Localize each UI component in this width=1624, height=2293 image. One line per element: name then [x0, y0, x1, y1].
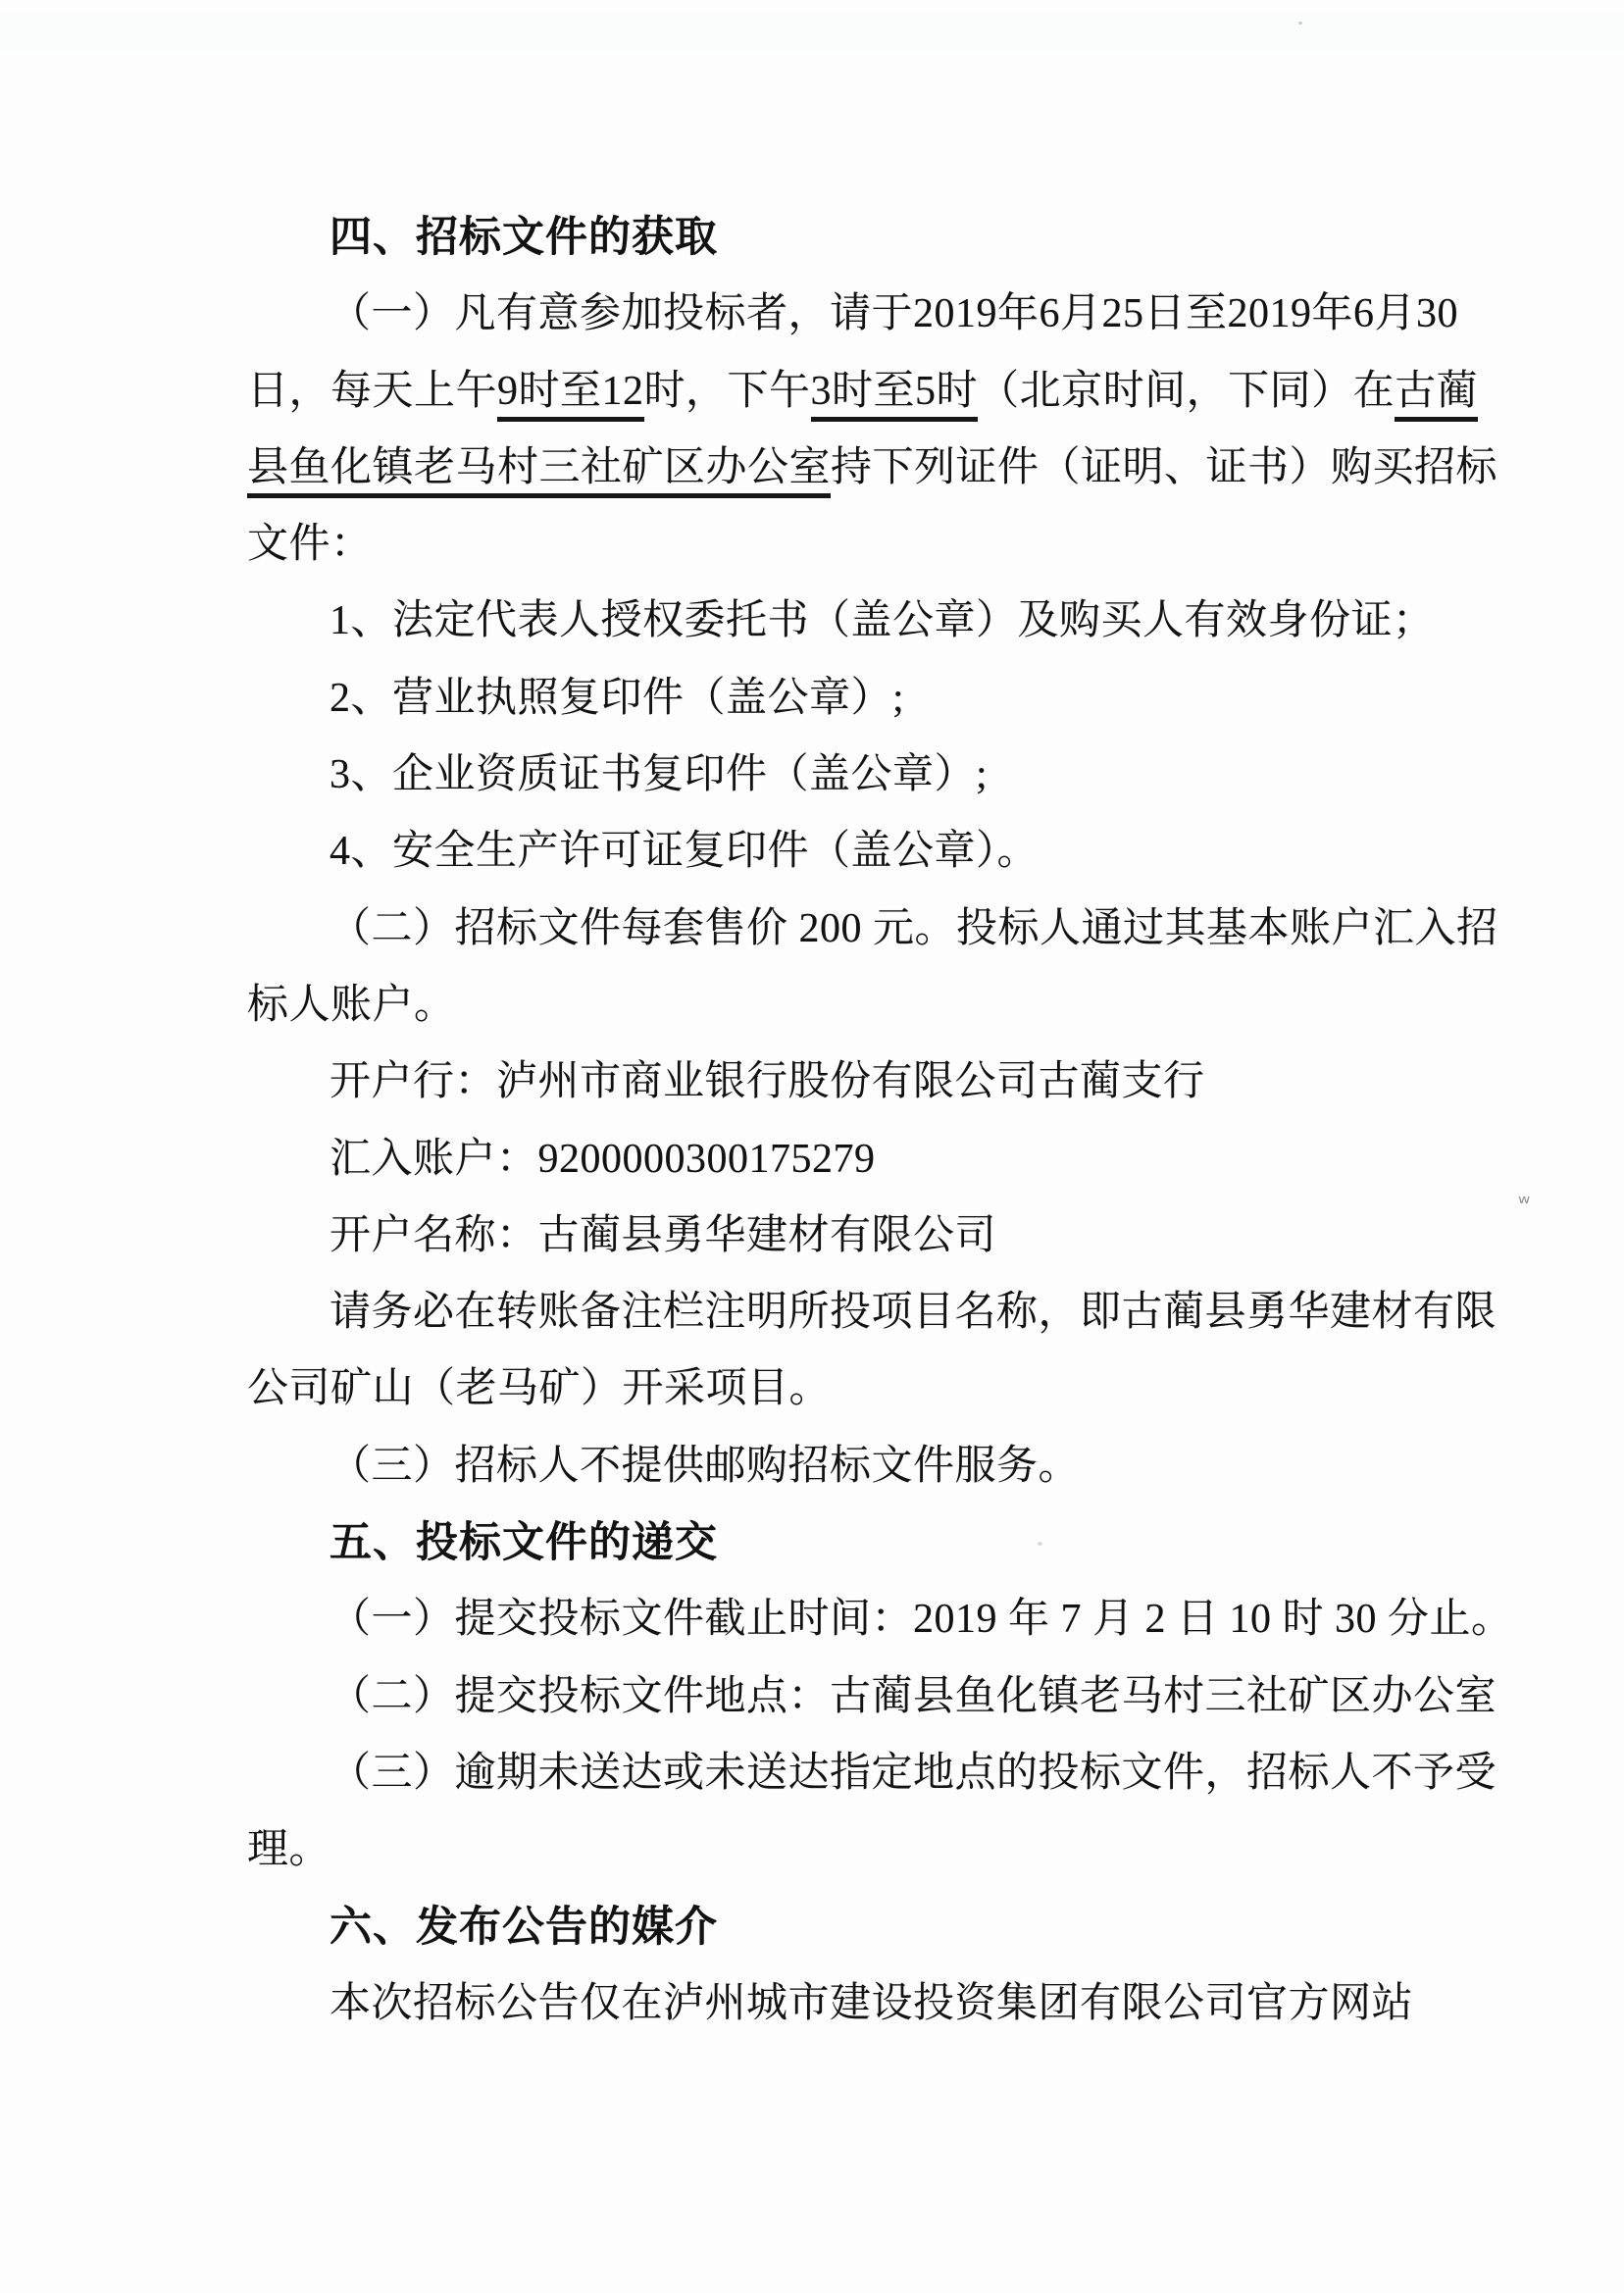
text-segment: 开户行：泸州市商业银行股份有限公司古蔺支行: [330, 1059, 1205, 1104]
doc-line: 2、营业执照复印件（盖公章）;: [247, 660, 1439, 737]
underlined-text: 3时至5时: [811, 369, 979, 422]
doc-line: 理。: [247, 1811, 1439, 1888]
text-segment: 本次招标公告仅在泸州城市建设投资集团有限公司官方网站: [330, 1981, 1413, 2026]
text-segment: 4、安全生产许可证复印件（盖公章）。: [330, 829, 1039, 874]
text-segment: 理。: [247, 1827, 330, 1872]
underlined-text: 9时至12: [497, 369, 644, 422]
text-segment: 开户名称：古蔺县勇华建材有限公司: [330, 1213, 996, 1258]
doc-line: 汇入账户：9200000300175279: [247, 1121, 1439, 1197]
text-segment: （一）凡有意参加投标者，请于2019年6月25日至2019年6月30: [330, 291, 1458, 336]
doc-heading-line: 四、招标文件的获取: [247, 199, 1439, 276]
underlined-text: 县鱼化镇老马村三社矿区办公室: [247, 445, 831, 498]
doc-line: 日，每天上午9时至12时，下午3时至5时（北京时间，下同）在古蔺: [247, 353, 1439, 430]
text-segment: 标人账户。: [247, 983, 456, 1028]
doc-line: 标人账户。: [247, 967, 1439, 1044]
scanned-document-page: 四、招标文件的获取（一）凡有意参加投标者，请于2019年6月25日至2019年6…: [0, 0, 1624, 2293]
text-segment: 文件：: [247, 522, 373, 567]
doc-line: （二）提交投标文件地点：古蔺县鱼化镇老马村三社矿区办公室: [247, 1658, 1439, 1735]
text-segment: 2、营业执照复印件（盖公章）;: [330, 676, 904, 721]
text-segment: 公司矿山（老马矿）开采项目。: [247, 1366, 831, 1411]
doc-line: 开户名称：古蔺县勇华建材有限公司: [247, 1197, 1439, 1274]
doc-line: （三）逾期未送达或未送达指定地点的投标文件，招标人不予受: [247, 1735, 1439, 1811]
document-content: 四、招标文件的获取（一）凡有意参加投标者，请于2019年6月25日至2019年6…: [247, 199, 1439, 2042]
doc-line: 公司矿山（老马矿）开采项目。: [247, 1350, 1439, 1427]
doc-line: 3、企业资质证书复印件（盖公章）;: [247, 737, 1439, 813]
doc-line: 请务必在转账备注栏注明所投项目名称，即古蔺县勇华建材有限: [247, 1274, 1439, 1350]
doc-line: 县鱼化镇老马村三社矿区办公室持下列证件（证明、证书）购买招标: [247, 430, 1439, 506]
scan-artifact-mark: w: [1518, 1193, 1530, 1206]
doc-line: （二）招标文件每套售价 200 元。投标人通过其基本账户汇入招: [247, 891, 1439, 967]
doc-line: 1、法定代表人授权委托书（盖公章）及购买人有效身份证；: [247, 583, 1439, 659]
doc-line: 开户行：泸州市商业银行股份有限公司古蔺支行: [247, 1044, 1439, 1120]
doc-line: 4、安全生产许可证复印件（盖公章）。: [247, 813, 1439, 890]
text-segment: （三）逾期未送达或未送达指定地点的投标文件，招标人不予受: [330, 1751, 1497, 1796]
text-segment: 汇入账户：9200000300175279: [330, 1137, 876, 1182]
doc-heading-line: 五、投标文件的递交: [247, 1504, 1439, 1581]
doc-line: （一）提交投标文件截止时间：2019 年 7 月 2 日 10 时 30 分止。: [247, 1581, 1439, 1657]
doc-line: （一）凡有意参加投标者，请于2019年6月25日至2019年6月30: [247, 276, 1439, 352]
text-segment: 四、招标文件的获取: [330, 214, 718, 261]
doc-heading-line: 六、发布公告的媒介: [247, 1889, 1439, 1965]
underlined-text: 古蔺: [1395, 369, 1478, 422]
text-segment: （北京时间，下同）在: [978, 369, 1395, 414]
text-segment: 1、法定代表人授权委托书（盖公章）及购买人有效身份证；: [330, 598, 1435, 643]
text-segment: 持下列证件（证明、证书）购买招标: [831, 445, 1497, 490]
doc-line: （三）招标人不提供邮购招标文件服务。: [247, 1428, 1439, 1504]
text-segment: 六、发布公告的媒介: [330, 1904, 718, 1951]
text-segment: 3、企业资质证书复印件（盖公章）;: [330, 752, 988, 797]
text-segment: 时，下午: [644, 369, 811, 414]
text-segment: （二）提交投标文件地点：古蔺县鱼化镇老马村三社矿区办公室: [330, 1674, 1497, 1719]
doc-line: 本次招标公告仅在泸州城市建设投资集团有限公司官方网站: [247, 1965, 1439, 2042]
text-segment: 五、投标文件的递交: [330, 1519, 718, 1566]
text-segment: （一）提交投标文件截止时间：2019 年 7 月 2 日 10 时 30 分止。: [330, 1597, 1513, 1642]
doc-line: 文件：: [247, 506, 1439, 583]
text-segment: （二）招标文件每套售价 200 元。投标人通过其基本账户汇入招: [330, 906, 1498, 951]
text-segment: 请务必在转账备注栏注明所投项目名称，即古蔺县勇华建材有限: [330, 1290, 1497, 1335]
text-segment: 日，每天上午: [247, 369, 497, 414]
scan-edge-band: [0, 14, 1624, 53]
text-segment: （三）招标人不提供邮购招标文件服务。: [330, 1444, 1080, 1489]
